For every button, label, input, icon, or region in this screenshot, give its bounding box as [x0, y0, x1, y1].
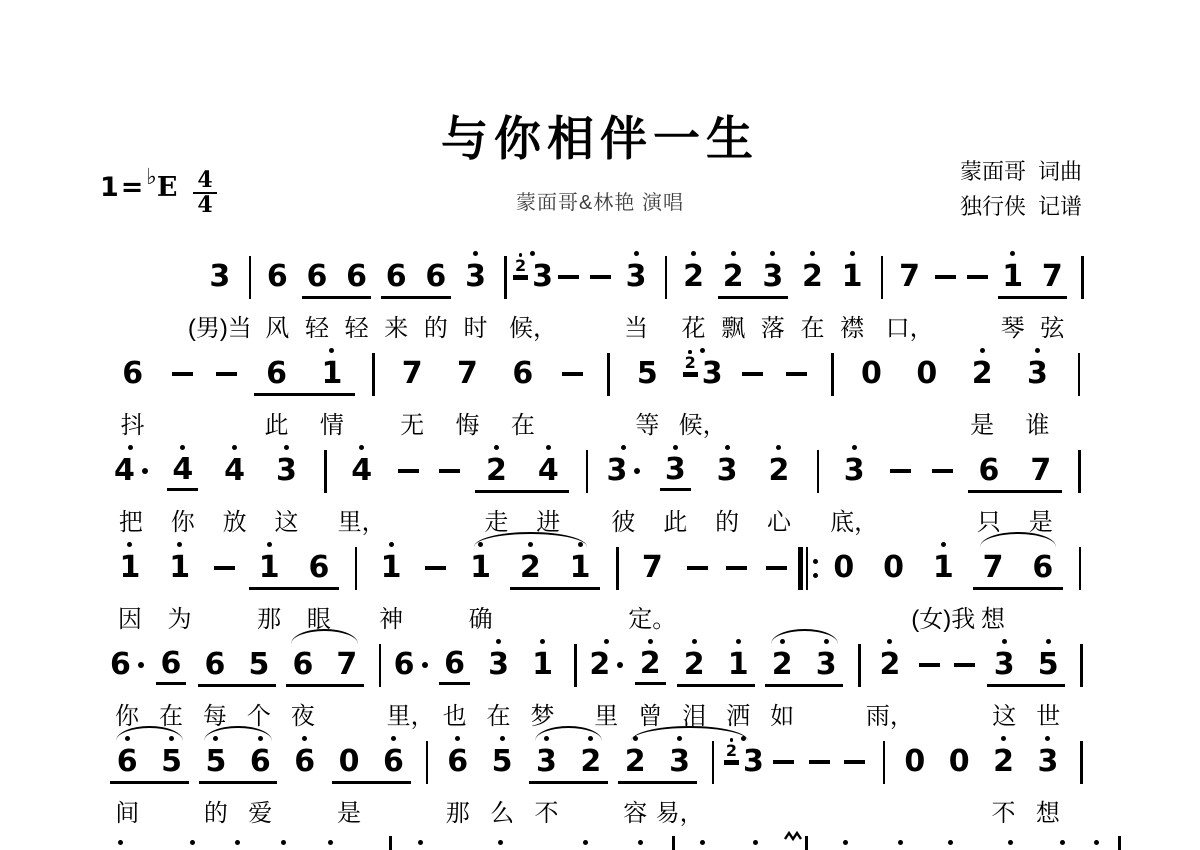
note-digit: 6: [110, 647, 131, 683]
octave-dot: [1045, 736, 1050, 741]
note: 6间: [105, 728, 149, 825]
dash-continuation: [553, 243, 585, 340]
lyric: (女)我: [911, 586, 975, 631]
note-group: 6来6的: [376, 243, 455, 340]
barline: [873, 728, 893, 825]
barline-stroke: [831, 353, 834, 396]
octave-dot: [267, 542, 272, 547]
note: 2心: [753, 437, 805, 534]
note-digit: 4: [224, 453, 245, 489]
lyric: 悔: [455, 392, 479, 437]
note-digit: 5: [248, 647, 269, 683]
octave-dot: [677, 736, 682, 741]
lyric: 候，: [509, 295, 557, 340]
octave-dot: [776, 445, 781, 450]
octave-dot: [770, 251, 775, 256]
note: 3的: [701, 437, 753, 534]
note: 1神: [366, 534, 416, 631]
note: 4把: [105, 437, 157, 534]
note: 2: [569, 728, 613, 825]
dash-stroke: [773, 760, 794, 764]
dash-continuation: [766, 728, 802, 825]
lyric: 间: [115, 780, 139, 825]
note-digit: 6: [447, 744, 468, 780]
octave-dot: [190, 840, 195, 845]
composer-role: 词曲: [1038, 159, 1082, 184]
note-digit: 3: [660, 452, 691, 491]
lyric: 那: [446, 780, 470, 825]
octave-dot: [780, 639, 785, 644]
note-digit: 6: [122, 356, 143, 392]
octave-dot: [633, 736, 638, 741]
lyric: 里，: [387, 683, 435, 728]
lyric: 在: [487, 683, 511, 728]
octave-dot: [478, 542, 483, 547]
lyric: 彼: [611, 489, 635, 534]
lyric: 弦: [1040, 295, 1064, 340]
octave-dot: [540, 639, 545, 644]
dash-stroke: [954, 663, 975, 667]
lyric: 夜: [291, 683, 315, 728]
note: 7悔: [440, 340, 495, 437]
note-digit: 6: [307, 259, 328, 295]
octave-dot: [127, 542, 132, 547]
grace-note: 2: [724, 738, 739, 760]
note-digit: 7: [336, 647, 357, 683]
note: 2在: [793, 243, 833, 340]
octave-dot: [232, 445, 237, 450]
note: 6眼: [294, 534, 344, 631]
note-digit: 6: [978, 453, 999, 489]
note-group: 6夜7: [281, 631, 369, 728]
note: 2泪: [672, 631, 716, 728]
note-group: 7想6: [968, 534, 1068, 631]
barline: [312, 437, 335, 534]
mordent-icon: [783, 828, 805, 846]
note-digit: 6: [294, 744, 315, 780]
octave-dot: [528, 542, 533, 547]
lyric: 此: [663, 489, 687, 534]
note-digit: 6: [512, 356, 533, 392]
repeat-dots: [813, 559, 818, 578]
note-digit: 3: [626, 259, 647, 295]
octave-dot: [578, 542, 583, 547]
octave-dot: [455, 736, 460, 741]
dash-continuation: [775, 340, 819, 437]
note-digit: 2: [589, 647, 610, 683]
lyric: 容: [623, 780, 647, 825]
octave-dot: [583, 840, 588, 845]
dash-stroke: [590, 275, 611, 279]
note: 6抖: [105, 340, 160, 437]
note-digit: 2: [772, 647, 793, 683]
note-digit: 5: [637, 356, 658, 392]
lyric: 易，: [656, 780, 704, 825]
dash-stroke: [786, 372, 807, 376]
transcriber-name: 独行侠: [960, 194, 1026, 219]
lyric: 落: [761, 295, 785, 340]
lyric: 在: [159, 683, 183, 728]
lyric: 是: [970, 392, 994, 437]
lyric: 的: [204, 780, 228, 825]
note: 3不: [524, 728, 568, 825]
note-digit: 0: [833, 550, 854, 586]
augmentation-dot: [634, 468, 640, 474]
lyric: 等: [635, 392, 659, 437]
dash-continuation: [730, 340, 774, 437]
dash-continuation: [205, 340, 249, 437]
octave-dot: [691, 251, 696, 256]
note-group: 6每5个: [193, 631, 281, 728]
note-digit: 2: [635, 646, 666, 685]
note: 2不: [981, 728, 1025, 825]
octave-dot: [496, 639, 501, 644]
note-digit: 6: [250, 744, 271, 780]
note-group: 0是6: [327, 728, 416, 825]
notation-line: 1因1为1那6眼1神1确217定。001(女)我7想6: [105, 534, 1090, 631]
lyric: 放: [223, 489, 247, 534]
note-group: 2飘3落: [713, 243, 792, 340]
barline: [1067, 437, 1090, 534]
lyric: 为: [168, 586, 192, 631]
note-digit: 6: [266, 356, 287, 392]
dash-stroke: [766, 566, 787, 570]
dash-continuation: [160, 340, 204, 437]
octave-dot: [1046, 639, 1051, 644]
barline-stroke: [426, 741, 429, 784]
octave-dot: [673, 445, 678, 450]
note-digit: 2: [684, 647, 705, 683]
note-digit: 5: [492, 744, 513, 780]
note-group: 6只7是: [963, 437, 1067, 534]
barline: [805, 836, 808, 850]
note: 7无: [384, 340, 439, 437]
note-digit: 7: [642, 550, 663, 586]
dash-continuation: [757, 534, 797, 631]
barline: [565, 631, 585, 728]
notation-line: 6你6在6每5个6夜76里，6也3在1梦2里2曾2泪1洒2如32雨，3这5世: [105, 631, 1090, 728]
barline: [819, 340, 844, 437]
lyric: 的: [715, 489, 739, 534]
barline-stroke: [881, 256, 884, 299]
lyric: 神: [379, 586, 403, 631]
grace-digit: 2: [724, 743, 739, 760]
octave-dot: [725, 445, 730, 450]
note-group: 2容3易，23: [613, 728, 766, 825]
note-digit: 3: [532, 259, 553, 295]
note-digit: 2: [769, 453, 790, 489]
note: 4里，: [336, 437, 388, 534]
octave-dot: [741, 736, 746, 741]
augmentation-dot: [138, 662, 144, 668]
note-group: 2走4进: [470, 437, 574, 534]
barline-stroke: [574, 644, 577, 687]
note: 1情: [304, 340, 359, 437]
note: 5的: [194, 728, 238, 825]
note: 7是: [1015, 437, 1067, 534]
note-group: 1那6眼: [244, 534, 344, 631]
note: 5么: [480, 728, 524, 825]
barline-stroke: [817, 450, 820, 493]
note-digit: 6: [156, 646, 187, 685]
barline-stroke: [883, 741, 886, 784]
note-digit: 3: [702, 356, 723, 392]
barline: [389, 836, 392, 850]
note: 3此: [649, 437, 701, 534]
note-digit: 3: [717, 453, 738, 489]
octave-dot: [180, 445, 185, 450]
composer-credit: 蒙面哥词曲: [948, 154, 1082, 189]
barline: [416, 728, 436, 825]
note-digit: 3: [276, 453, 297, 489]
lyric: 不: [534, 780, 558, 825]
octave-dot: [128, 445, 133, 450]
note: 6每: [193, 631, 237, 728]
note-digit: 6: [439, 646, 470, 685]
barline-stroke: [504, 256, 507, 299]
note-digit: 1: [119, 550, 140, 586]
barline-stroke: [616, 547, 619, 590]
lyric: 如: [770, 683, 794, 728]
note: 2曾: [628, 631, 672, 728]
octave-dot: [638, 840, 643, 845]
lyric: 泪: [682, 683, 706, 728]
barline: [1070, 728, 1090, 825]
octave-dot: [700, 348, 705, 353]
octave-dot: [824, 639, 829, 644]
note: 6轻: [337, 243, 377, 340]
octave-dot: [1001, 736, 1006, 741]
note: 6风: [257, 243, 297, 340]
note-group: 6轻6轻: [297, 243, 376, 340]
note: 2如: [760, 631, 804, 728]
octave-dot: [980, 348, 985, 353]
note-digit: 3: [844, 453, 865, 489]
barline-stroke: [1080, 741, 1083, 784]
barline-stroke: [1078, 450, 1081, 493]
lyric: 爱: [248, 780, 272, 825]
note-group: 6间5: [105, 728, 194, 825]
note: 1琴: [993, 243, 1033, 340]
note-digit: 6: [117, 744, 138, 780]
note: 6来: [376, 243, 416, 340]
dash-stroke: [214, 566, 235, 570]
lyric: 每: [203, 683, 227, 728]
note-digit: 0: [861, 356, 882, 392]
octave-dot: [648, 639, 653, 644]
octave-dot: [852, 445, 857, 450]
octave-dot: [753, 840, 758, 845]
note-digit: 3: [606, 453, 627, 489]
note-digit: 0: [883, 550, 904, 586]
octave-dot: [389, 542, 394, 547]
dash-continuation: [912, 631, 947, 728]
octave-dot: [546, 445, 551, 450]
note: 6那: [436, 728, 480, 825]
note: 2雨，: [868, 631, 912, 728]
note: 0: [893, 728, 937, 825]
note: 3这: [261, 437, 313, 534]
lyric: 谁: [1025, 392, 1049, 437]
note: 23: [722, 728, 766, 825]
note-group: 3这5世: [982, 631, 1070, 728]
note-digit: 6: [1032, 550, 1053, 586]
grace-digit: 2: [683, 355, 698, 372]
octave-dot: [1008, 840, 1013, 845]
barline: [672, 836, 675, 850]
note-group: 3不2: [524, 728, 613, 825]
lyric: 轻: [345, 295, 369, 340]
dash-continuation: [677, 534, 717, 631]
lyric: 世: [1036, 683, 1060, 728]
lyric: 无: [400, 392, 424, 437]
note: 3这: [982, 631, 1026, 728]
dash-stroke: [172, 372, 193, 376]
note-group: 1确21: [456, 534, 605, 631]
octave-dot: [391, 736, 396, 741]
note: 2是: [954, 340, 1009, 437]
dash-stroke: [919, 663, 940, 667]
octave-dot: [544, 736, 549, 741]
barline-stroke: [1078, 353, 1081, 396]
barline: [344, 534, 366, 631]
note-digit: 6: [346, 259, 367, 295]
dash-stroke: [398, 469, 419, 473]
lyric: 是: [337, 780, 361, 825]
octave-dot: [328, 840, 333, 845]
barline-stroke: [1079, 547, 1082, 590]
barline-stroke: [665, 256, 668, 299]
octave-dot: [843, 840, 848, 845]
note-digit: 2: [520, 550, 541, 586]
note: 3易，: [657, 728, 701, 825]
lyric: 梦: [531, 683, 555, 728]
octave-dot: [530, 251, 535, 256]
note: 0是: [327, 728, 371, 825]
repeat-start-sign: [798, 547, 818, 590]
octave-dot: [258, 736, 263, 741]
note-digit: 7: [899, 259, 920, 295]
note-digit: 5: [161, 744, 182, 780]
octave-dot: [604, 639, 609, 644]
note-digit: 0: [339, 744, 360, 780]
dash-continuation: [929, 243, 961, 340]
note-digit: 1: [169, 550, 190, 586]
lyric: 口，: [886, 295, 934, 340]
note-digit: 6: [386, 259, 407, 295]
note-digit: 2: [879, 647, 900, 683]
note: 1为: [155, 534, 205, 631]
octave-dot: [498, 840, 503, 845]
note: 5世: [1026, 631, 1070, 728]
dash-continuation: [205, 534, 245, 631]
octave-dot: [700, 840, 705, 845]
note-digit: 4: [538, 453, 559, 489]
dash-stroke: [562, 372, 583, 376]
note-digit: 2: [580, 744, 601, 780]
octave-dot: [418, 840, 423, 845]
dash-continuation: [802, 728, 838, 825]
lyric: 里，: [338, 489, 386, 534]
dash-continuation: [947, 631, 982, 728]
note-digit: 2: [486, 453, 507, 489]
note-digit: 1: [321, 356, 342, 392]
barline-stroke: [607, 353, 610, 396]
note: 3当: [616, 243, 656, 340]
lyric: 底，: [830, 489, 878, 534]
note: 2里: [584, 631, 628, 728]
dash-continuation: [961, 243, 993, 340]
lyric: 这: [274, 489, 298, 534]
octave-dot: [621, 445, 626, 450]
note-digit: 3: [536, 744, 557, 780]
octave-dot: [125, 736, 130, 741]
note: 6在: [149, 631, 193, 728]
note: 4放: [209, 437, 261, 534]
barline-stroke: [712, 741, 715, 784]
notation-line: 6间55的6爱60是66那5么3不22容3易，23002不3想: [105, 728, 1090, 825]
note-digit: 7: [402, 356, 423, 392]
note: 1因: [105, 534, 155, 631]
octave-dot: [1010, 251, 1015, 256]
barline: [1072, 243, 1090, 340]
barline: [574, 437, 597, 534]
lyric: 因: [118, 586, 142, 631]
note: 0: [899, 340, 954, 437]
note: 1洒: [716, 631, 760, 728]
lyric: 时: [464, 295, 488, 340]
note-digit: 5: [1038, 647, 1059, 683]
note-digit: 3: [816, 647, 837, 683]
augmentation-dot: [142, 468, 148, 474]
note-digit: 3: [994, 647, 1015, 683]
note-digit: 5: [205, 744, 226, 780]
note: 2飘: [713, 243, 753, 340]
octave-dot: [500, 736, 505, 741]
octave-dot: [177, 542, 182, 547]
dash-continuation: [922, 437, 963, 534]
note: 23候，: [513, 243, 553, 340]
note: 1(女)我: [918, 534, 968, 631]
lyric: 的: [424, 295, 448, 340]
note: 7口，: [890, 243, 930, 340]
note: 3时: [456, 243, 496, 340]
octave-dot: [118, 840, 123, 845]
note: 4你: [157, 437, 209, 534]
octave-dot: [329, 348, 334, 353]
credits: 蒙面哥词曲 独行侠记谱: [948, 154, 1082, 224]
note: 6里，: [389, 631, 433, 728]
note-digit: 2: [723, 259, 744, 295]
octave-dot: [1060, 840, 1065, 845]
note: 2: [505, 534, 555, 631]
barline: [1070, 631, 1090, 728]
note-digit: 1: [259, 550, 280, 586]
barline: [605, 534, 627, 631]
repeat-thin-bar: [806, 547, 808, 590]
note: 1那: [244, 534, 294, 631]
octave-dot: [494, 445, 499, 450]
dash-stroke: [216, 372, 237, 376]
lyric: 花: [682, 295, 706, 340]
barline: [240, 243, 258, 340]
note: 1确: [456, 534, 506, 631]
note-digit: 0: [904, 744, 925, 780]
note: 3落: [753, 243, 793, 340]
dash-stroke: [742, 372, 763, 376]
note: 0: [819, 534, 869, 631]
barline-stroke: [379, 644, 382, 687]
